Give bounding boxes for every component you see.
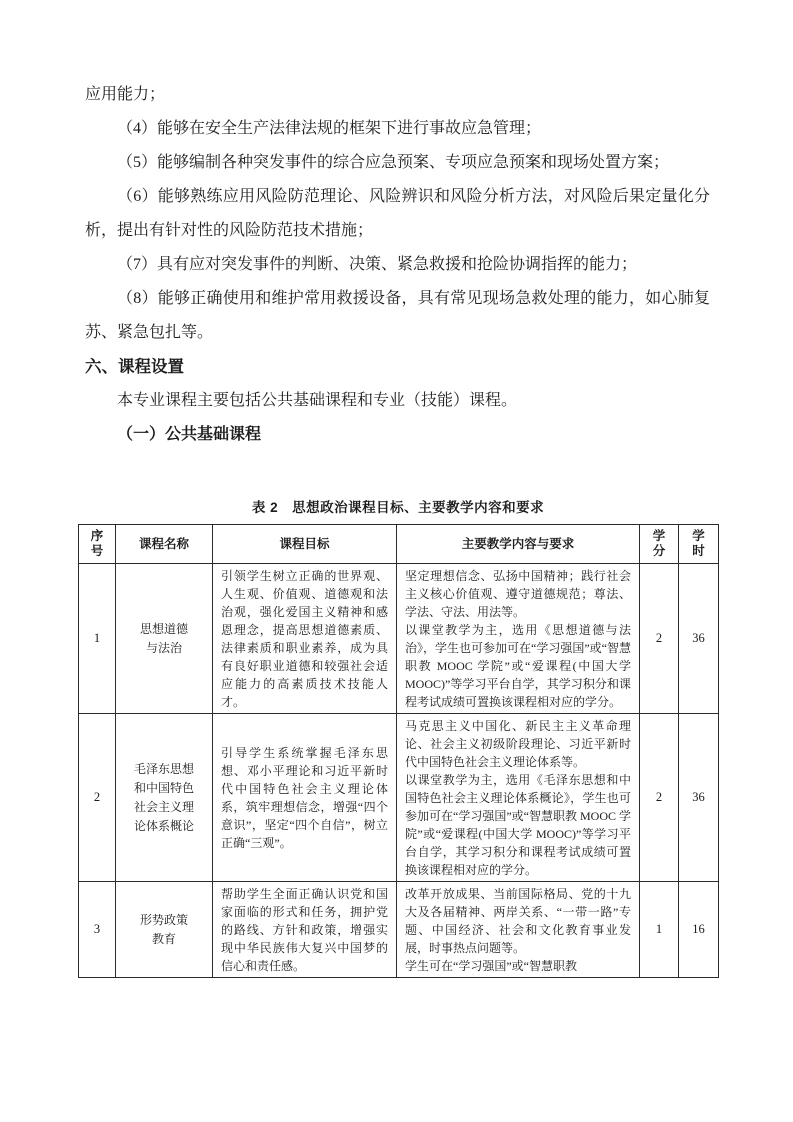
header-cell-credits: 学 分 <box>640 525 679 564</box>
paragraph-item-4: （4）能够在安全生产法律法规的框架下进行事故应急管理； <box>85 112 710 146</box>
cell-objective: 引领学生树立正确的世界观、人生观、价值观、道德观和法治观，强化爱国主义精神和感恩… <box>213 564 397 714</box>
cell-hours: 16 <box>679 882 719 978</box>
cell-content-para-2: 以课堂教学为主，选用《思想道德与法治》，学生也可参加可在“学习强国”或“智慧职教… <box>405 621 631 711</box>
header-cell-no: 序 号 <box>79 525 116 564</box>
cell-hours: 36 <box>679 714 719 882</box>
table-row: 3 形势政策 教育 帮助学生全面正确认识党和国家面临的形式和任务，拥护党的路线、… <box>79 882 719 978</box>
cell-content-para-1: 改革开放成果、当前国际格局、党的十九大及各届精神、两岸关系、“一带一路”专题、中… <box>405 885 631 957</box>
section-heading: 六、课程设置 <box>85 350 710 384</box>
cell-course-name: 思想道德 与法治 <box>116 564 213 714</box>
body-text: 应用能力； （4）能够在安全生产法律法规的框架下进行事故应急管理； （5）能够编… <box>85 78 710 452</box>
table-row: 2 毛泽东思想 和中国特色 社会主义理 论体系概论 引导学生系统掌握毛泽东思想、… <box>79 714 719 882</box>
continuation-line: 应用能力； <box>85 78 710 112</box>
header-cell-objective: 课程目标 <box>213 525 397 564</box>
cell-course-name: 毛泽东思想 和中国特色 社会主义理 论体系概论 <box>116 714 213 882</box>
header-cell-name: 课程名称 <box>116 525 213 564</box>
cell-objective: 帮助学生全面正确认识党和国家面临的形式和任务，拥护党的路线、方针和政策，增强实现… <box>213 882 397 978</box>
cell-no: 3 <box>79 882 116 978</box>
course-table: 序 号 课程名称 课程目标 主要教学内容与要求 学 分 学 时 1 思想道德 与… <box>78 524 719 978</box>
cell-credits: 2 <box>640 714 679 882</box>
table-title: 表 2 思想政治课程目标、主要教学内容和要求 <box>78 496 718 516</box>
cell-no: 1 <box>79 564 116 714</box>
subsection-heading: （一）公共基础课程 <box>85 418 710 452</box>
table-row: 1 思想道德 与法治 引领学生树立正确的世界观、人生观、价值观、道德观和法治观，… <box>79 564 719 714</box>
cell-credits: 2 <box>640 564 679 714</box>
document-page: 应用能力； （4）能够在安全生产法律法规的框架下进行事故应急管理； （5）能够编… <box>0 0 793 1122</box>
table-header-row: 序 号 课程名称 课程目标 主要教学内容与要求 学 分 学 时 <box>79 525 719 564</box>
cell-content-para-2: 学生可在“学习强国”或“智慧职教 <box>405 957 631 975</box>
cell-objective: 引导学生系统掌握毛泽东思想、邓小平理论和习近平新时代中国特色社会主义理论体系，筑… <box>213 714 397 882</box>
cell-content-para-1: 坚定理想信念、弘扬中国精神；践行社会主义核心价值观、遵守道德规范；尊法、学法、守… <box>405 567 631 621</box>
header-cell-content: 主要教学内容与要求 <box>397 525 640 564</box>
cell-credits: 1 <box>640 882 679 978</box>
paragraph-item-8: （8）能够正确使用和维护常用救援设备，具有常见现场急救处理的能力，如心肺复苏、紧… <box>85 282 710 350</box>
cell-no: 2 <box>79 714 116 882</box>
paragraph-item-6: （6）能够熟练应用风险防范理论、风险辨识和风险分析方法，对风险后果定量化分析，提… <box>85 180 710 248</box>
cell-hours: 36 <box>679 564 719 714</box>
cell-content-para-2: 以课堂教学为主，选用《毛泽东思想和中国特色社会主义理论体系概论》，学生也可参加可… <box>405 771 631 879</box>
cell-course-name: 形势政策 教育 <box>116 882 213 978</box>
header-cell-hours: 学 时 <box>679 525 719 564</box>
cell-content: 改革开放成果、当前国际格局、党的十九大及各届精神、两岸关系、“一带一路”专题、中… <box>397 882 640 978</box>
cell-content: 坚定理想信念、弘扬中国精神；践行社会主义核心价值观、遵守道德规范；尊法、学法、守… <box>397 564 640 714</box>
cell-content: 马克思主义中国化、新民主主义革命理论、社会主义初级阶段理论、习近平新时代中国特色… <box>397 714 640 882</box>
section-intro: 本专业课程主要包括公共基础课程和专业（技能）课程。 <box>85 384 710 418</box>
paragraph-item-5: （5）能够编制各种突发事件的综合应急预案、专项应急预案和现场处置方案； <box>85 146 710 180</box>
course-table-block: 表 2 思想政治课程目标、主要教学内容和要求 序 号 课程名称 课程目标 主要教… <box>78 496 718 978</box>
paragraph-item-7: （7）具有应对突发事件的判断、决策、紧急救援和抢险协调指挥的能力； <box>85 248 710 282</box>
cell-content-para-1: 马克思主义中国化、新民主主义革命理论、社会主义初级阶段理论、习近平新时代中国特色… <box>405 717 631 771</box>
